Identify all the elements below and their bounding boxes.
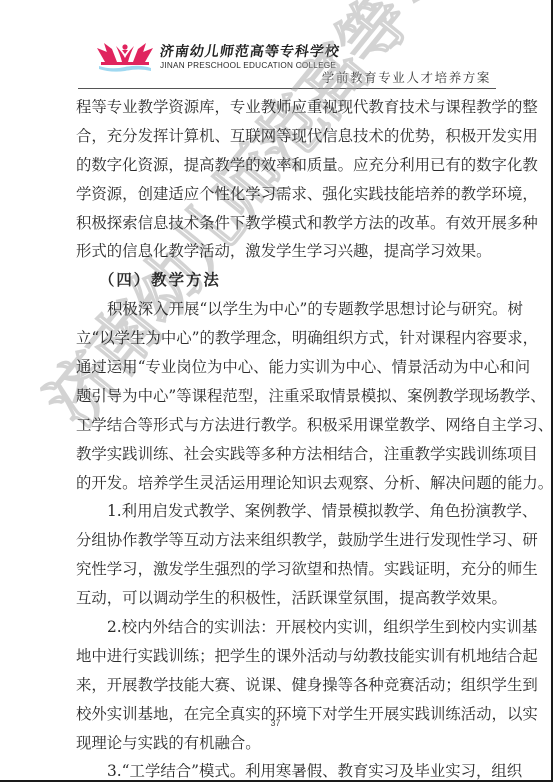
- document-title: 学前教育专业人才培养方案: [322, 68, 491, 86]
- header-divider: [78, 88, 496, 89]
- paragraph-line: 来，开展教学技能大赛、说课、健身操等各种竞赛活动；组织学生到: [76, 671, 496, 700]
- paragraph-line: 的开发。培养学生灵活运用理论知识去观察、分析、解决问题的能力。: [76, 469, 496, 498]
- paragraph-line: 合，充分发挥计算机、互联网等现代信息技术的优势，积极开发实用: [76, 122, 496, 151]
- list-item-1-line: 1.利用启发式教学、案例教学、情景模拟教学、角色扮演教学、: [76, 497, 496, 526]
- paragraph-line: 立“以学生为中心”的教学理念，明确组织方式，针对课程内容要求，: [76, 324, 496, 353]
- paragraph-line: 学资源，创建适应个性化学习需求、强化实践技能培养的教学环境，: [76, 180, 496, 209]
- paragraph-line: 形式的信息化教学活动，激发学生学习兴趣，提高学习效果。: [76, 237, 496, 266]
- paragraph-line: 分组协作教学等互动方法来组织教学，鼓励学生进行发现性学习、研: [76, 526, 496, 555]
- paragraph-line: 教学实践训练、社会实践等多种方法相结合，注重教学实践训练项目: [76, 440, 496, 469]
- paragraph-line: 通过运用“专业岗位为中心、能力实训为中心、情景活动为中心和问: [76, 353, 496, 382]
- school-name-english: JINAN PRESCHOOL EDUCATION COLLEGE: [160, 61, 336, 70]
- lotus-crown-logo-icon: [95, 40, 155, 72]
- paragraph-line: 积极深入开展“以学生为中心”的专题教学思想讨论与研究。树: [76, 295, 496, 324]
- paragraph-line: 地中进行实践训练；把学生的课外活动与幼教技能实训有机地结合起: [76, 642, 496, 671]
- paragraph-line: 程等专业教学资源库，专业教师应重视现代教育技术与课程教学的整: [76, 93, 496, 122]
- paragraph-line: 积极探索信息技术条件下教学模式和教学方法的改革。有效开展多种: [76, 209, 496, 238]
- paragraph-line: 工学结合等形式与方法进行教学。积极采用课堂教学、网络自主学习、: [76, 411, 496, 440]
- paragraph-line: 题引导为中心”等课程范型，注重采取情景模拟、案例教学现场教学、: [76, 382, 496, 411]
- paragraph-line: 的数字化资源，提高教学的效率和质量。应充分利用已有的数字化教: [76, 151, 496, 180]
- section-heading: （四）教学方法: [76, 266, 496, 295]
- document-page: 济南幼儿师范高等专科学校 JINAN PRESCHOOL EDUCATION C…: [0, 0, 553, 782]
- page-number: 37: [0, 718, 551, 728]
- list-item-3-line: 3.“工学结合”模式。利用寒暑假、教育实习及毕业实习，组织: [76, 757, 496, 783]
- list-item-2-line: 2.校内外结合的实训法：开展校内实训，组织学生到校内实训基: [76, 613, 496, 642]
- paragraph-line: 互动，可以调动学生的积极性，活跃课堂氛围，提高教学效果。: [76, 584, 496, 613]
- school-name-chinese: 济南幼儿师范高等专科学校: [159, 41, 342, 61]
- paragraph-line: 现理论与实践的有机融合。: [76, 729, 496, 758]
- paragraph-line: 究性学习，激发学生强烈的学习欲望和热情。实践证明，充分的师生: [76, 555, 496, 584]
- document-body: 程等专业教学资源库，专业教师应重视现代教育技术与课程教学的整 合，充分发挥计算机…: [76, 93, 496, 783]
